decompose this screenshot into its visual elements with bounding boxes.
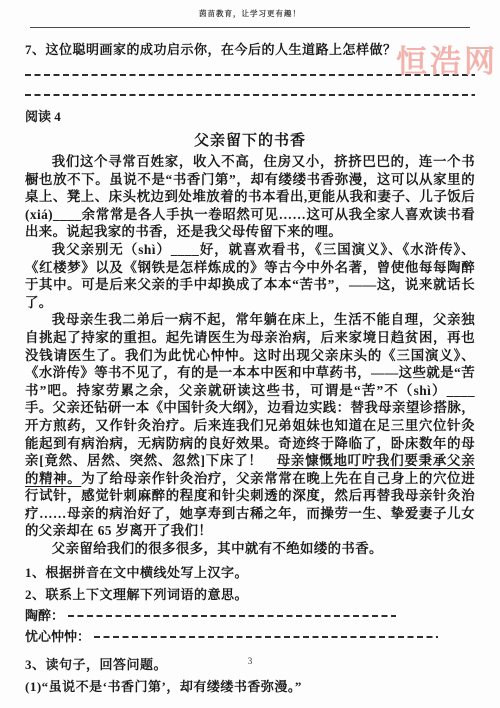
reading-section-label: 阅读 4 — [25, 106, 475, 125]
paragraph-1: 我们这个寻常百姓家，收入不高，住房又小，挤挤巴巴的，连一个书橱也放不下。虽说不是… — [25, 153, 475, 241]
question-1: 1、根据拼音在文中横线处写上汉字。 — [25, 563, 475, 582]
answer-blank-line-1 — [25, 74, 475, 76]
reading-title: 父亲留下的书香 — [25, 129, 475, 150]
paragraph-3-before: 我母亲生我二弟后一病不起，常年躺在床上，生活不能自理，父亲独自挑起了持家的重担。… — [25, 312, 475, 468]
header-slogan: 茵苗教育，让学习更有趣！ — [199, 9, 301, 18]
page-header: 茵苗教育，让学习更有趣！ — [0, 0, 500, 19]
term-youxinchongchong-label: 忧心忡忡： — [25, 629, 90, 644]
term-taozui-label: 陶醉： — [25, 608, 64, 623]
term-taozui-line: 陶醉： — [25, 606, 475, 625]
paragraph-3: 我母亲生我二弟后一病不起，常年躺在床上，生活不能自理，父亲独自挑起了持家的重担。… — [25, 311, 475, 540]
question-3-sub-1: (1)“虽说不是‘书香门第’，却有缕缕书香弥漫。” — [25, 677, 475, 696]
worksheet-page: 茵苗教育，让学习更有趣！ 恒浩网 7、这位聪明画家的成功启示你，在今后的人生道路… — [0, 0, 500, 708]
page-number: 3 — [0, 656, 500, 666]
header-rule — [30, 27, 470, 28]
paragraph-3-after: 为了给母亲作针灸治疗，父亲常常在晚上先在自己身上的穴位进行试针，感觉针刺麻醉的程… — [25, 471, 475, 539]
term-youxinchongchong-answer-blank — [94, 636, 438, 638]
term-taozui-answer-blank — [68, 615, 396, 617]
answer-blank-line-2 — [25, 94, 475, 96]
question-7: 7、这位聪明画家的成功启示你，在今后的人生道路上怎样做？ — [25, 39, 475, 58]
page-content: 7、这位聪明画家的成功启示你，在今后的人生道路上怎样做？ 阅读 4 父亲留下的书… — [25, 39, 475, 696]
term-youxinchongchong-line: 忧心忡忡： — [25, 627, 475, 646]
paragraph-2: 我父亲别无（shì）____好，就喜欢看书，《三国演义》、《水浒传》、《红楼梦》… — [25, 241, 475, 311]
paragraph-4: 父亲留给我们的很多很多，其中就有不绝如缕的书香。 — [25, 540, 475, 558]
question-2: 2、联系上下文理解下列词语的意思。 — [25, 585, 475, 604]
